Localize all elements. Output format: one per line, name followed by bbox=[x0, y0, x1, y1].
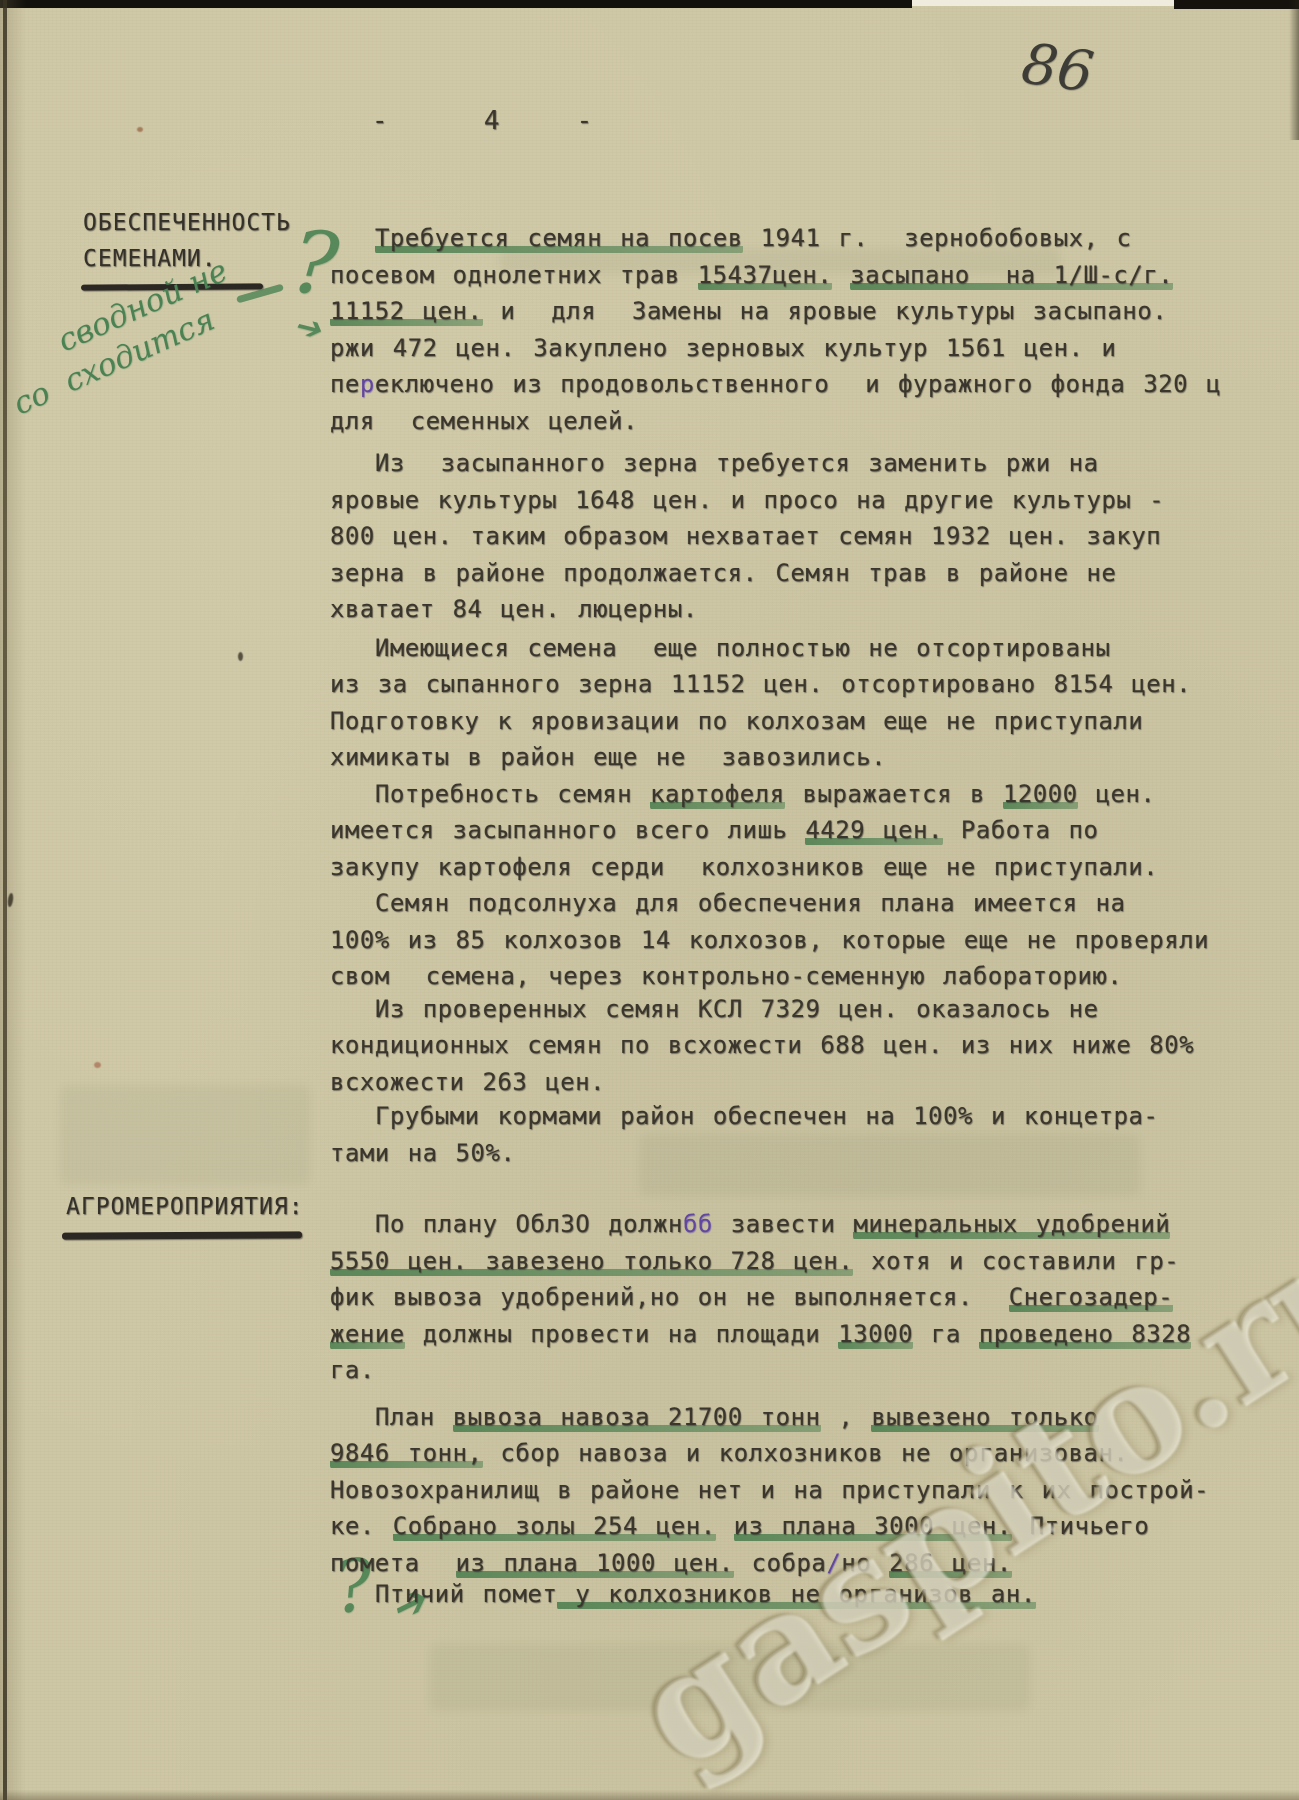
text-segment: Птичий помет bbox=[375, 1580, 557, 1608]
green-underlined-text: засыпано на 1/Ш-с/г. bbox=[850, 261, 1173, 291]
paper-speck bbox=[94, 1062, 101, 1068]
text-line: яровые культуры 1648 цен. и просо на дру… bbox=[330, 482, 1160, 519]
green-underlined-text: Требуется семян на посев bbox=[375, 224, 743, 254]
text-segment: Птичьего bbox=[1012, 1512, 1150, 1540]
paper-speck bbox=[137, 127, 143, 132]
paragraph: Потребность семян картофеля выражается в… bbox=[330, 776, 1160, 886]
green-underlined-text: картофеля bbox=[650, 780, 785, 810]
text-line: 9846 тонн, сбор навоза и колхозников не … bbox=[330, 1435, 1160, 1472]
green-underlined-text: Снегозадер- bbox=[1009, 1283, 1173, 1313]
text-segment: р bbox=[360, 370, 375, 398]
text-segment: тами на 50%. bbox=[330, 1139, 515, 1167]
text-line: По плану ОблЗО должнбб завести минеральн… bbox=[330, 1206, 1160, 1243]
scan-edge-left-line bbox=[3, 0, 7, 1800]
text-segment: Из проверенных семян КСЛ 7329 цен. оказа… bbox=[375, 995, 1099, 1023]
text-line: Потребность семян картофеля выражается в… bbox=[330, 776, 1160, 813]
text-line: Из засыпанного зерна требуется заменить … bbox=[330, 445, 1160, 482]
text-segment: цен. bbox=[1078, 780, 1156, 808]
green-underlined-text: минеральных удобрений bbox=[853, 1210, 1170, 1240]
margin-heading-seed-supply-line1: ОБЕСПЕЧЕННОСТЬ bbox=[83, 210, 291, 236]
text-segment: кондиционных семян по всхожести 688 цен.… bbox=[330, 1031, 1194, 1059]
text-line: Имеющиеся семена еще полностью не отсорт… bbox=[330, 630, 1160, 667]
paragraph: Из проверенных семян КСЛ 7329 цен. оказа… bbox=[330, 991, 1160, 1101]
text-line: ржи 472 цен. Закуплено зерновых культур … bbox=[330, 330, 1160, 367]
text-line: фик вывоза удобрений,но он не выполняетс… bbox=[330, 1279, 1160, 1316]
text-line: свом семена, через контрольно-семенную л… bbox=[330, 958, 1160, 995]
text-line: из за сыпанного зерна 11152 цен. отсорти… bbox=[330, 666, 1160, 703]
green-underlined-text: у колхозников не организов ан. bbox=[557, 1580, 1035, 1610]
paragraph: Из засыпанного зерна требуется заменить … bbox=[330, 445, 1160, 628]
text-segment: бб bbox=[683, 1210, 713, 1238]
scan-edge-right-corner bbox=[1289, 0, 1299, 140]
green-underlined-text: вывезено только bbox=[871, 1403, 1098, 1433]
text-segment bbox=[716, 1512, 734, 1540]
text-line: га. bbox=[330, 1352, 1160, 1389]
text-line: хватает 84 цен. люцерны. bbox=[330, 591, 1160, 628]
text-segment: закупу картофеля серди колхозников еще н… bbox=[330, 853, 1158, 881]
text-segment: выражается в bbox=[785, 780, 1003, 808]
text-line: 11152 цен. и для Замены на яровые культу… bbox=[330, 293, 1160, 330]
scan-edge-top-right bbox=[1174, 0, 1299, 9]
green-underlined-text: Собрано золы 254 цен. bbox=[393, 1512, 716, 1542]
text-line: Грубыми кормами район обеспечен на 100% … bbox=[330, 1098, 1160, 1135]
text-line: тами на 50%. bbox=[330, 1135, 1160, 1172]
text-segment: еключено из продовольственного и фуражно… bbox=[375, 370, 1221, 398]
text-segment: и для Замены на яровые культуры засыпано… bbox=[483, 297, 1168, 325]
paragraph: Имеющиеся семена еще полностью не отсорт… bbox=[330, 630, 1160, 776]
text-segment: для семенных целей. bbox=[330, 407, 638, 435]
text-segment: собра bbox=[734, 1549, 827, 1577]
text-segment: сбор навоза и колхозников не организован… bbox=[483, 1439, 1129, 1467]
text-line: для семенных целей. bbox=[330, 403, 1160, 440]
text-segment: хватает 84 цен. люцерны. bbox=[330, 595, 698, 623]
margin-heading-agro-measures: АГРОМЕРОПРИЯТИЯ: bbox=[66, 1194, 304, 1220]
text-segment: ке. bbox=[330, 1512, 393, 1540]
bleedthrough-patch bbox=[430, 1645, 1030, 1710]
green-underlined-text: 286 цен. bbox=[889, 1549, 1012, 1579]
text-segment: зерна в районе продолжается. Семян трав … bbox=[330, 559, 1116, 587]
green-underlined-text: проведено 8328 bbox=[979, 1320, 1191, 1350]
text-segment: 800 цен. таким образом нехватает семян 1… bbox=[330, 522, 1161, 550]
text-segment: свом семена, через контрольно-семенную л… bbox=[330, 962, 1122, 990]
text-segment: 100% из 85 колхозов 14 колхозов, которые… bbox=[330, 926, 1209, 954]
text-segment: химикаты в район еще не завозились. bbox=[330, 743, 886, 771]
text-segment: но bbox=[841, 1549, 889, 1577]
text-line: 5550 цен. завезено только 728 цен. хотя … bbox=[330, 1243, 1160, 1280]
bleedthrough-patch bbox=[60, 1085, 310, 1185]
green-underlined-text: 9846 тонн, bbox=[330, 1439, 483, 1469]
paragraph: Грубыми кормами район обеспечен на 100% … bbox=[330, 1098, 1160, 1171]
text-line: всхожести 263 цен. bbox=[330, 1064, 1160, 1101]
text-line: 800 цен. таким образом нехватает семян 1… bbox=[330, 518, 1160, 555]
text-line: кондиционных семян по всхожести 688 цен.… bbox=[330, 1027, 1160, 1064]
text-segment: , bbox=[821, 1403, 872, 1431]
text-line: посевом однолетних трав 15437цен. засыпа… bbox=[330, 257, 1160, 294]
paragraph: Птичий помет у колхозников не организов … bbox=[330, 1576, 1160, 1613]
text-line: жение должны провести на площади 13000 г… bbox=[330, 1316, 1160, 1353]
text-segment: / bbox=[826, 1549, 841, 1577]
text-segment: хотя и составили гр- bbox=[853, 1247, 1179, 1275]
text-line: План вывоза навоза 21700 тонн , вывезено… bbox=[330, 1399, 1160, 1436]
text-segment: По плану ОблЗО должн bbox=[375, 1210, 683, 1238]
text-segment: ржи 472 цен. Закуплено зерновых культур … bbox=[330, 334, 1116, 362]
text-segment: завести bbox=[713, 1210, 854, 1238]
scan-edge-bottom-shade bbox=[0, 1790, 1299, 1800]
paper-speck bbox=[238, 652, 243, 661]
text-line: Из проверенных семян КСЛ 7329 цен. оказа… bbox=[330, 991, 1160, 1028]
text-segment: га bbox=[913, 1320, 979, 1348]
handwritten-folio-number: 86 bbox=[1018, 31, 1098, 105]
text-segment: Из засыпанного зерна требуется заменить … bbox=[375, 449, 1099, 477]
text-segment: посевом однолетних трав bbox=[330, 261, 698, 289]
text-segment: Семян подсолнуха для обеспечения плана и… bbox=[375, 889, 1126, 917]
text-line: Подготовку к яровизации по колхозам еще … bbox=[330, 703, 1160, 740]
text-segment: всхожести 263 цен. bbox=[330, 1068, 605, 1096]
paragraph: План вывоза навоза 21700 тонн , вывезено… bbox=[330, 1399, 1160, 1582]
text-segment: Грубыми кормами район обеспечен на 100% … bbox=[375, 1102, 1158, 1130]
scan-edge-top-left bbox=[0, 0, 912, 8]
text-segment: Имеющиеся семена еще полностью не отсорт… bbox=[375, 634, 1111, 662]
text-line: ке. Собрано золы 254 цен. из плана 3000 … bbox=[330, 1508, 1160, 1545]
green-underlined-text: вывоза навоза 21700 тонн bbox=[453, 1403, 821, 1433]
text-segment: пе bbox=[330, 370, 360, 398]
paragraph: Требуется семян на посев 1941 г. зернобо… bbox=[330, 220, 1160, 439]
green-underlined-text: из плана 3000 цен. bbox=[734, 1512, 1012, 1542]
text-segment: га. bbox=[330, 1356, 375, 1384]
paragraph: Семян подсолнуха для обеспечения плана и… bbox=[330, 885, 1160, 995]
scan-edge-top-light bbox=[912, 0, 1174, 6]
text-line: Птичий помет у колхозников не организов … bbox=[330, 1576, 1160, 1613]
green-underlined-text: 15437цен. bbox=[698, 261, 833, 291]
document-scan-page: - 4 - 86 ОБЕСПЕЧЕННОСТЬ СЕМЕНАМИ. сводно… bbox=[0, 0, 1299, 1800]
text-segment bbox=[832, 261, 850, 289]
text-line: Новозохранилищ в районе нет и на приступ… bbox=[330, 1472, 1160, 1509]
text-segment: из за сыпанного зерна 11152 цен. отсорти… bbox=[330, 670, 1191, 698]
text-segment: Подготовку к яровизации по колхозам еще … bbox=[330, 707, 1143, 735]
green-underlined-text: 13000 bbox=[838, 1320, 913, 1350]
text-line: закупу картофеля серди колхозников еще н… bbox=[330, 849, 1160, 886]
text-segment: План bbox=[375, 1403, 453, 1431]
green-underlined-text: 11152 цен. bbox=[330, 297, 483, 327]
text-line: Семян подсолнуха для обеспечения плана и… bbox=[330, 885, 1160, 922]
typewritten-body: Требуется семян на посев 1941 г. зернобо… bbox=[330, 220, 1160, 1613]
green-underlined-text: 4429 цен. bbox=[805, 816, 943, 846]
green-underlined-text: жение bbox=[330, 1320, 405, 1350]
text-segment: помета bbox=[330, 1549, 456, 1577]
text-segment: должны провести на площади bbox=[405, 1320, 839, 1348]
paragraph: По плану ОблЗО должнбб завести минеральн… bbox=[330, 1206, 1160, 1389]
green-underlined-text: 5550 цен. завезено только 728 цен. bbox=[330, 1247, 853, 1277]
text-segment: 1941 г. зернобобовых, с bbox=[743, 224, 1132, 252]
text-segment: Работа по bbox=[943, 816, 1099, 844]
text-line: 100% из 85 колхозов 14 колхозов, которые… bbox=[330, 922, 1160, 959]
text-segment: имеется засыпанного всего лишь bbox=[330, 816, 805, 844]
text-segment: Потребность семян bbox=[375, 780, 650, 808]
text-line: химикаты в район еще не завозились. bbox=[330, 739, 1160, 776]
page-header-number: - 4 - bbox=[372, 103, 593, 140]
typed-underline bbox=[62, 1231, 302, 1239]
text-line: Требуется семян на посев 1941 г. зернобо… bbox=[330, 220, 1160, 257]
green-underlined-text: 12000 bbox=[1003, 780, 1078, 810]
text-line: переключено из продовольственного и фура… bbox=[330, 366, 1160, 403]
text-segment: фик вывоза удобрений,но он не выполняетс… bbox=[330, 1283, 1009, 1311]
text-segment: Новозохранилищ в районе нет и на приступ… bbox=[330, 1476, 1209, 1504]
text-line: зерна в районе продолжается. Семян трав … bbox=[330, 555, 1160, 592]
text-segment: яровые культуры 1648 цен. и просо на дру… bbox=[330, 486, 1164, 514]
text-line: имеется засыпанного всего лишь 4429 цен.… bbox=[330, 812, 1160, 849]
green-underlined-text: из плана 1000 цен. bbox=[456, 1549, 734, 1579]
